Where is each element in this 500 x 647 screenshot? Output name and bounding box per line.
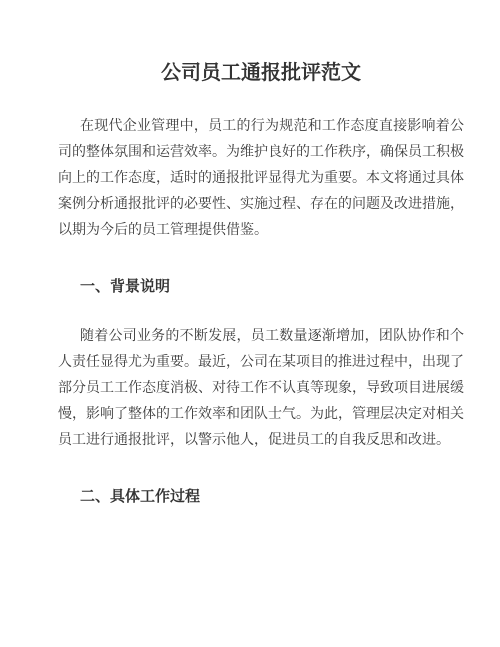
paragraph-background: 随着公司业务的不断发展，员工数量逐渐增加，团队协作和个人责任显得尤为重要。最近，… (58, 324, 464, 454)
document-title: 公司员工通报批评范文 (58, 58, 464, 88)
section-heading-background: 一、背景说明 (58, 274, 464, 300)
paragraph-intro: 在现代企业管理中，员工的行为规范和工作态度直接影响着公司的整体氛围和运营效率。为… (58, 114, 464, 244)
section-heading-work-process: 二、具体工作过程 (58, 484, 464, 510)
document-page: 公司员工通报批评范文 在现代企业管理中，员工的行为规范和工作态度直接影响着公司的… (0, 0, 500, 647)
